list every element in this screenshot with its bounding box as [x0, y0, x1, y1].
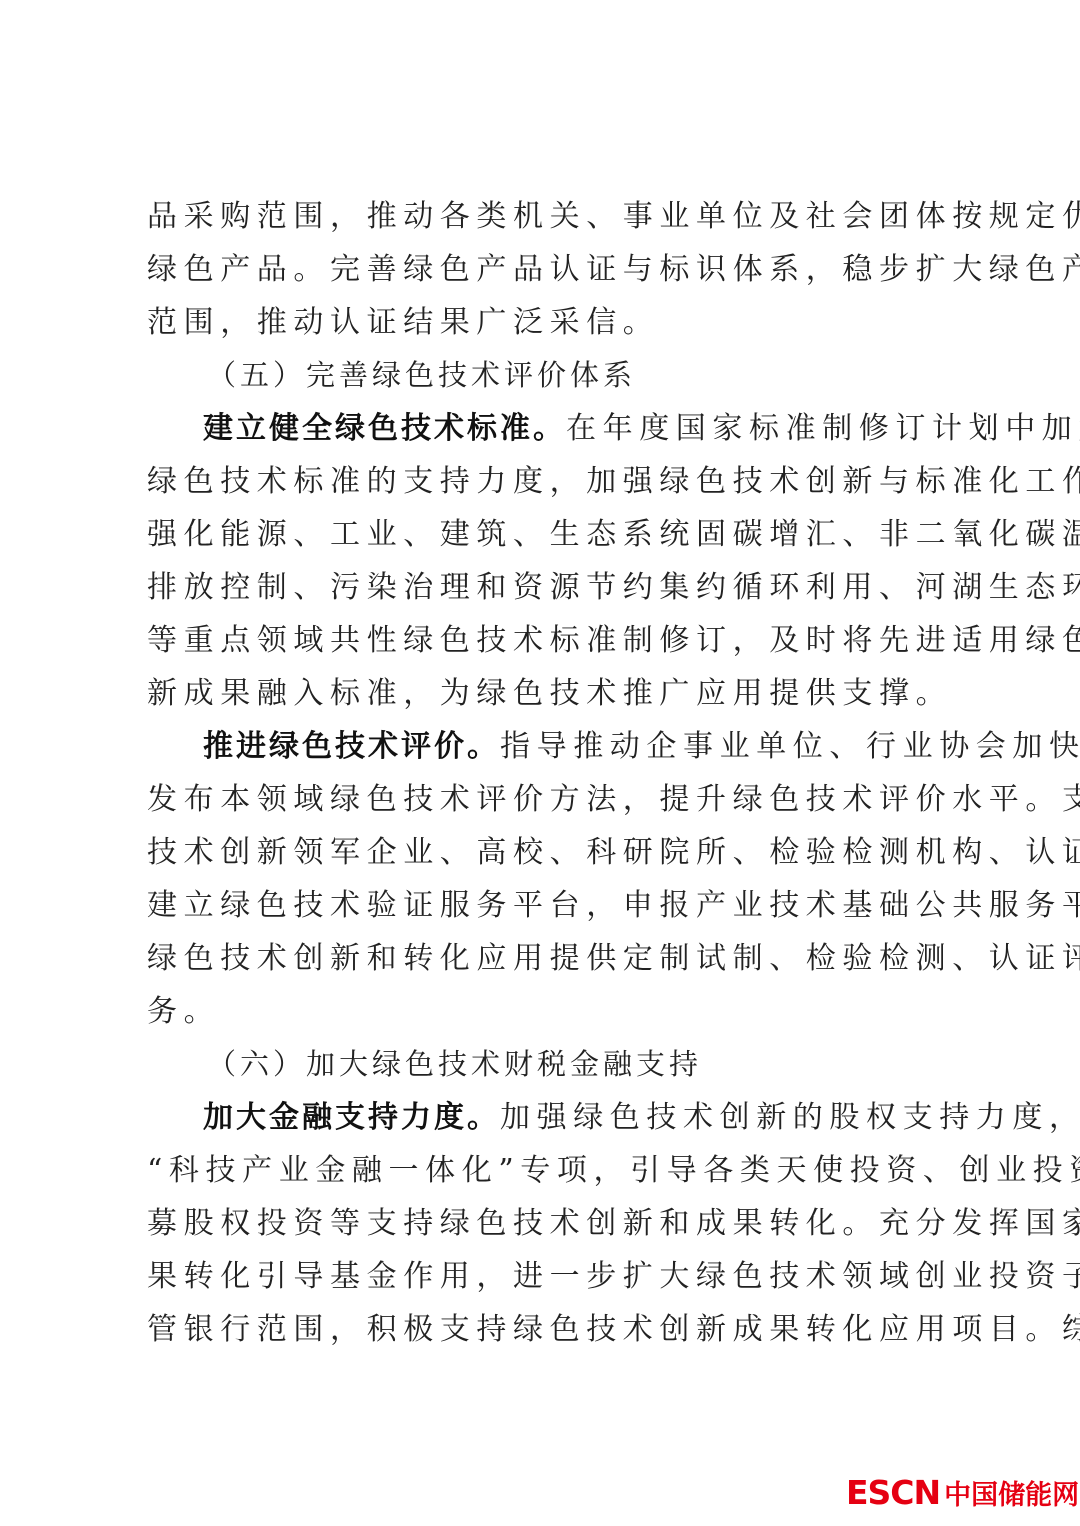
paragraph-text: 加强绿色技术创新的股权支持力度，实施 [500, 1100, 1080, 1135]
paragraph-line: 范围，推动认证结果广泛采信。 [147, 296, 659, 349]
paragraph-line: 强化能源、工业、建筑、生态系统固碳增汇、非二氧化碳温室气体 [147, 508, 1080, 561]
logo-latin-text: ESCN [846, 1473, 940, 1512]
paragraph-text: 指导推动企事业单位、行业协会加快制定 [500, 729, 1080, 764]
paragraph-line: 果转化引导基金作用，进一步扩大绿色技术领域创业投资子基金托 [147, 1250, 1080, 1303]
paragraph-line: 推进绿色技术评价。指导推动企事业单位、行业协会加快制定 [203, 720, 1080, 773]
paragraph-line: 务。 [147, 985, 220, 1038]
paragraph-line: 等重点领域共性绿色技术标准制修订，及时将先进适用绿色技术创 [147, 614, 1080, 667]
paragraph-line: 技术创新领军企业、高校、科研院所、检验检测机构、认证机构等 [147, 826, 1080, 879]
paragraph-line: 新成果融入标准，为绿色技术推广应用提供支撑。 [147, 667, 952, 720]
section-heading-five: （五）完善绿色技术评价体系 [207, 349, 636, 402]
paragraph-line: 募股权投资等支持绿色技术创新和成果转化。充分发挥国家科技成 [147, 1197, 1080, 1250]
paragraph-line: 绿色技术标准的支持力度，加强绿色技术创新与标准化工作联动， [147, 455, 1080, 508]
paragraph-line: 管银行范围，积极支持绿色技术创新成果转化应用项目。综合应用 [147, 1303, 1080, 1356]
paragraph-line: 建立健全绿色技术标准。在年度国家标准制修订计划中加大对 [203, 402, 1080, 455]
paragraph-line: 绿色产品。完善绿色产品认证与标识体系，稳步扩大绿色产品认证 [147, 243, 1080, 296]
paragraph-lead-bold: 建立健全绿色技术标准。 [203, 411, 566, 446]
paragraph-text: 在年度国家标准制修订计划中加大对 [566, 411, 1080, 446]
paragraph-line: 建立绿色技术验证服务平台，申报产业技术基础公共服务平台，为 [147, 879, 1080, 932]
section-heading-six: （六）加大绿色技术财税金融支持 [207, 1038, 702, 1091]
paragraph-line: 排放控制、污染治理和资源节约集约循环利用、河湖生态环境复苏 [147, 561, 1080, 614]
escn-watermark-logo: ESCN 中国储能网 [846, 1472, 1079, 1512]
paragraph-lead-bold: 加大金融支持力度。 [203, 1100, 500, 1135]
paragraph-line: 加大金融支持力度。加强绿色技术创新的股权支持力度，实施 [203, 1091, 1080, 1144]
logo-chinese-text: 中国储能网 [944, 1473, 1079, 1512]
paragraph-lead-bold: 推进绿色技术评价。 [203, 729, 500, 764]
paragraph-line: 品采购范围，推动各类机关、事业单位及社会团体按规定优先采购 [147, 190, 1080, 243]
paragraph-line: 绿色技术创新和转化应用提供定制试制、检验检测、认证评价等服 [147, 932, 1080, 985]
paragraph-line: 发布本领域绿色技术评价方法，提升绿色技术评价水平。支持绿色 [147, 773, 1080, 826]
paragraph-line: “科技产业金融一体化”专项，引导各类天使投资、创业投资、私 [147, 1144, 1080, 1197]
